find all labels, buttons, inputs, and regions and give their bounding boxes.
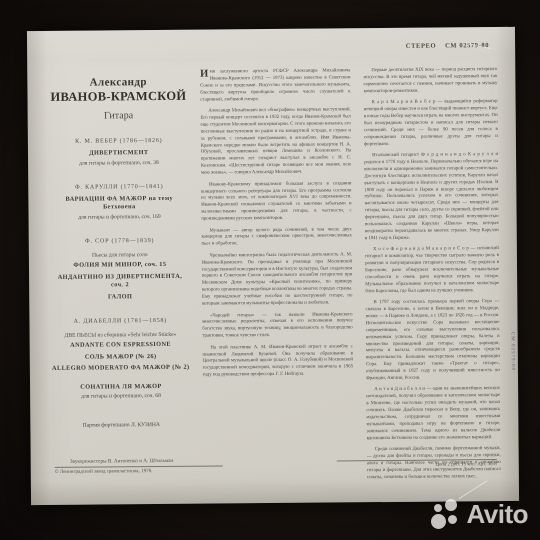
artist-last-name: ИВАНОВ-КРАМСКОЙ (49, 89, 187, 105)
instrument-label: Гитара (50, 110, 188, 122)
drop-cap: И (200, 71, 208, 79)
liner-paragraph: Первые десятилетия XIX века — период рас… (363, 67, 497, 96)
artist-first-name: Александр (49, 76, 187, 89)
liner-paragraph: В 1797 году состоялась премьера первой о… (365, 299, 500, 383)
work-title: ДИВЕРТИСМЕНТ (50, 149, 188, 159)
price-line: Цена 2 руб. 15 коп. Арт. 36-8 (337, 459, 497, 468)
composer-diabelli: А. ДИАБЕЛЛИ (1781—1858) (51, 318, 189, 325)
composer-sor: Ф. СОР (1778—1839) (51, 238, 189, 245)
work-title: СОЛЬ МАЖОР (№ 26) (52, 352, 190, 362)
work-subtitle: для гитары и фортепиано, соч. 169 (51, 214, 189, 222)
composer-weber: К. М. ВЕБЕР (1786—1826) (50, 138, 188, 145)
work-subtitle: для гитары и фортепиано, соч. 38 (50, 159, 188, 167)
liner-paragraph: Музыкант — автор целого ряда сочинений, … (201, 227, 352, 249)
liner-paragraph: К а р л М а р и я В е б е р — выдающийся… (364, 99, 498, 149)
work-subtitle: для гитары и фортепиано, соч. 68 (52, 393, 190, 401)
work-title: ANDANTE CON ESPRESSIONE (52, 341, 190, 351)
liner-paragraph: Иванову-Крамскому принадлежит большая за… (201, 181, 352, 224)
liner-paragraph: Чрезвычайно многогранна была педагогичес… (202, 252, 353, 309)
paragraph-text: мя заслуженного артиста РСФСР Александра… (200, 68, 350, 102)
liner-paragraph: «Чародей гитары» — так назвали Иванова-К… (202, 312, 353, 341)
sound-engineers-credit: Звукорежиссеры В. Антоненко и А. Штильма… (53, 458, 191, 465)
scratch-mark (458, 480, 487, 499)
plant-copyright: © Ленинградский завод грампластинок, 197… (55, 465, 223, 474)
work-title: ALLEGRO MODERATO ФА МАЖОР (№ 2) (52, 364, 190, 374)
avito-logo-icon (431, 499, 461, 530)
work-title: ВАРИАЦИИ ФА МАЖОР на тему Бетховена (50, 195, 188, 213)
composer-carulli: Ф. КАРУЛЛИ (1770—1841) (50, 184, 188, 191)
liner-notes-artist-column: Имя заслуженного артиста РСФСР Александр… (200, 68, 354, 451)
liner-paragraph: А н т о н Д и а б е л л и — один из знам… (366, 386, 500, 442)
liner-notes-composers-column: Первые десятилетия XIX века — период рас… (363, 67, 500, 450)
work-title: ФОЛИЯ МИ МИНОР, соч. 15 (51, 261, 189, 271)
liner-paragraph: Итальянский гитарист Ф е р д и н а н д о… (364, 152, 499, 243)
photo-background: СТЕРЕО СМ 02579-80 СМ 02579-80 Александр… (0, 0, 540, 540)
liner-paragraph: На этой пластинке А. М. Иванов-Крамской … (202, 344, 353, 380)
piano-credit: Партия фортепиано Л. КУЗИНА (52, 422, 190, 429)
program-column: Александр ИВАНОВ-КРАМСКОЙ Гитара К. М. В… (49, 70, 190, 453)
work-group-label: Пьесы для гитары соло (51, 252, 189, 259)
liner-paragraph: Александр Михайлович вел «биографию» кон… (200, 107, 351, 177)
record-sleeve-back: СТЕРЕО СМ 02579-80 СМ 02579-80 Александр… (27, 27, 519, 505)
work-title: СОНАТИНА ЛЯ МАЖОР (52, 382, 190, 392)
avito-watermark: Avito (431, 499, 528, 530)
liner-paragraph: Имя заслуженного артиста РСФСР Александр… (200, 68, 351, 104)
avito-wordmark: Avito (466, 499, 528, 530)
stereo-label: СТЕРЕО (406, 43, 436, 50)
spine-catalog-number: СМ 02579-80 (510, 332, 515, 371)
work-title: ГАЛОП (51, 292, 189, 302)
work-group-label: ДВЕ ПЬЕСЫ из сборника «Sehr leichte Stüc… (52, 332, 190, 339)
sleeve-columns: Александр ИВАНОВ-КРАМСКОЙ Гитара К. М. В… (49, 67, 500, 453)
work-title: АНДАНТИНО ИЗ ДИВЕРТИСМЕНТА, соч. 2 (51, 272, 189, 290)
liner-paragraph: Х о с е Ф е р н а н д о М а к а р и о С … (365, 246, 499, 296)
